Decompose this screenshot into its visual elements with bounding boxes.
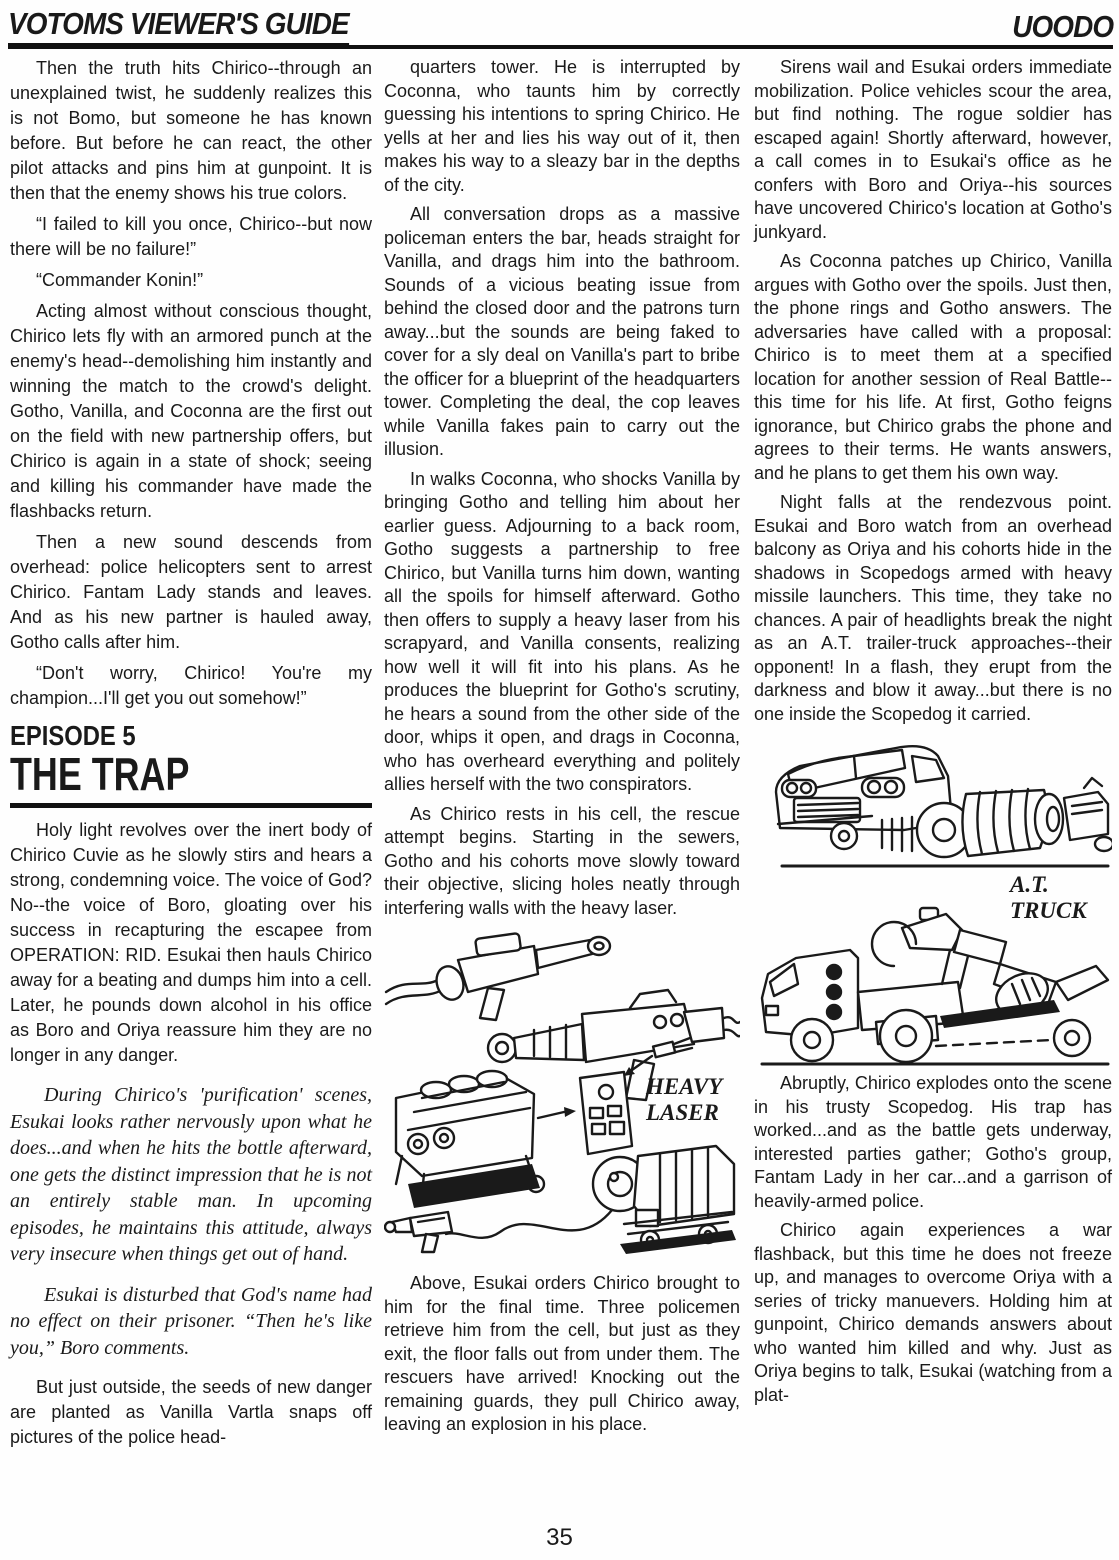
commentary-paragraph: During Chirico's 'purification' scenes, … (10, 1082, 372, 1268)
heavy-laser-illustration: HEAVY LASER (384, 926, 740, 1268)
paragraph: As Chirico rests in his cell, the rescue… (384, 803, 740, 921)
paragraph: Abruptly, Chirico explodes onto the scen… (754, 1072, 1112, 1213)
episode-heading: EPISODE 5 THE TRAP (10, 721, 372, 808)
paragraph: In walks Coconna, who shocks Vanilla by … (384, 468, 740, 797)
column-3: Sirens wail and Esukai orders immediate … (754, 56, 1112, 1413)
paragraph: “Don't worry, Chirico! You're my champio… (10, 661, 372, 711)
paragraph: Then a new sound descends from overhead:… (10, 530, 372, 655)
paragraph: As Coconna patches up Chirico, Vanilla a… (754, 250, 1112, 485)
paragraph: Then the truth hits Chirico--through an … (10, 56, 372, 206)
page-header-title: VOTOMS VIEWER'S GUIDE (8, 7, 349, 47)
page-number: 35 (0, 1524, 1119, 1552)
paragraph: “I failed to kill you once, Chirico--but… (10, 212, 372, 262)
paragraph: All conversation drops as a massive poli… (384, 203, 740, 462)
illustration-label: A.T. TRUCK (1010, 872, 1102, 924)
episode-title: THE TRAP (10, 751, 292, 797)
paragraph: But just outside, the seeds of new dange… (10, 1375, 372, 1450)
caption-paragraph: Above, Esukai orders Chirico brought to … (384, 1272, 740, 1437)
at-truck-illustration: A.T. TRUCK (754, 732, 1112, 1066)
paragraph: Holy light revolves over the inert body … (10, 818, 372, 1068)
paragraph: Chirico again experiences a war flashbac… (754, 1219, 1112, 1407)
episode-kicker: EPISODE 5 (10, 721, 318, 751)
magazine-page: VOTOMS VIEWER'S GUIDE UOODO Then the tru… (0, 0, 1119, 1560)
paragraph: Night falls at the rendezvous point. Esu… (754, 491, 1112, 726)
heading-rule (10, 803, 372, 808)
commentary-paragraph: Esukai is disturbed that God's name had … (10, 1282, 372, 1362)
column-2: quarters tower. He is interrupted by Coc… (384, 56, 740, 1443)
paragraph: quarters tower. He is interrupted by Coc… (384, 56, 740, 197)
page-header: VOTOMS VIEWER'S GUIDE UOODO (8, 4, 1113, 49)
paragraph: Acting almost without conscious thought,… (10, 299, 372, 524)
illustration-label: HEAVY LASER (646, 1074, 738, 1126)
page-header-section: UOODO (1012, 10, 1113, 44)
paragraph: Sirens wail and Esukai orders immediate … (754, 56, 1112, 244)
column-1: Then the truth hits Chirico--through an … (10, 56, 372, 1456)
paragraph: “Commander Konin!” (10, 268, 372, 293)
